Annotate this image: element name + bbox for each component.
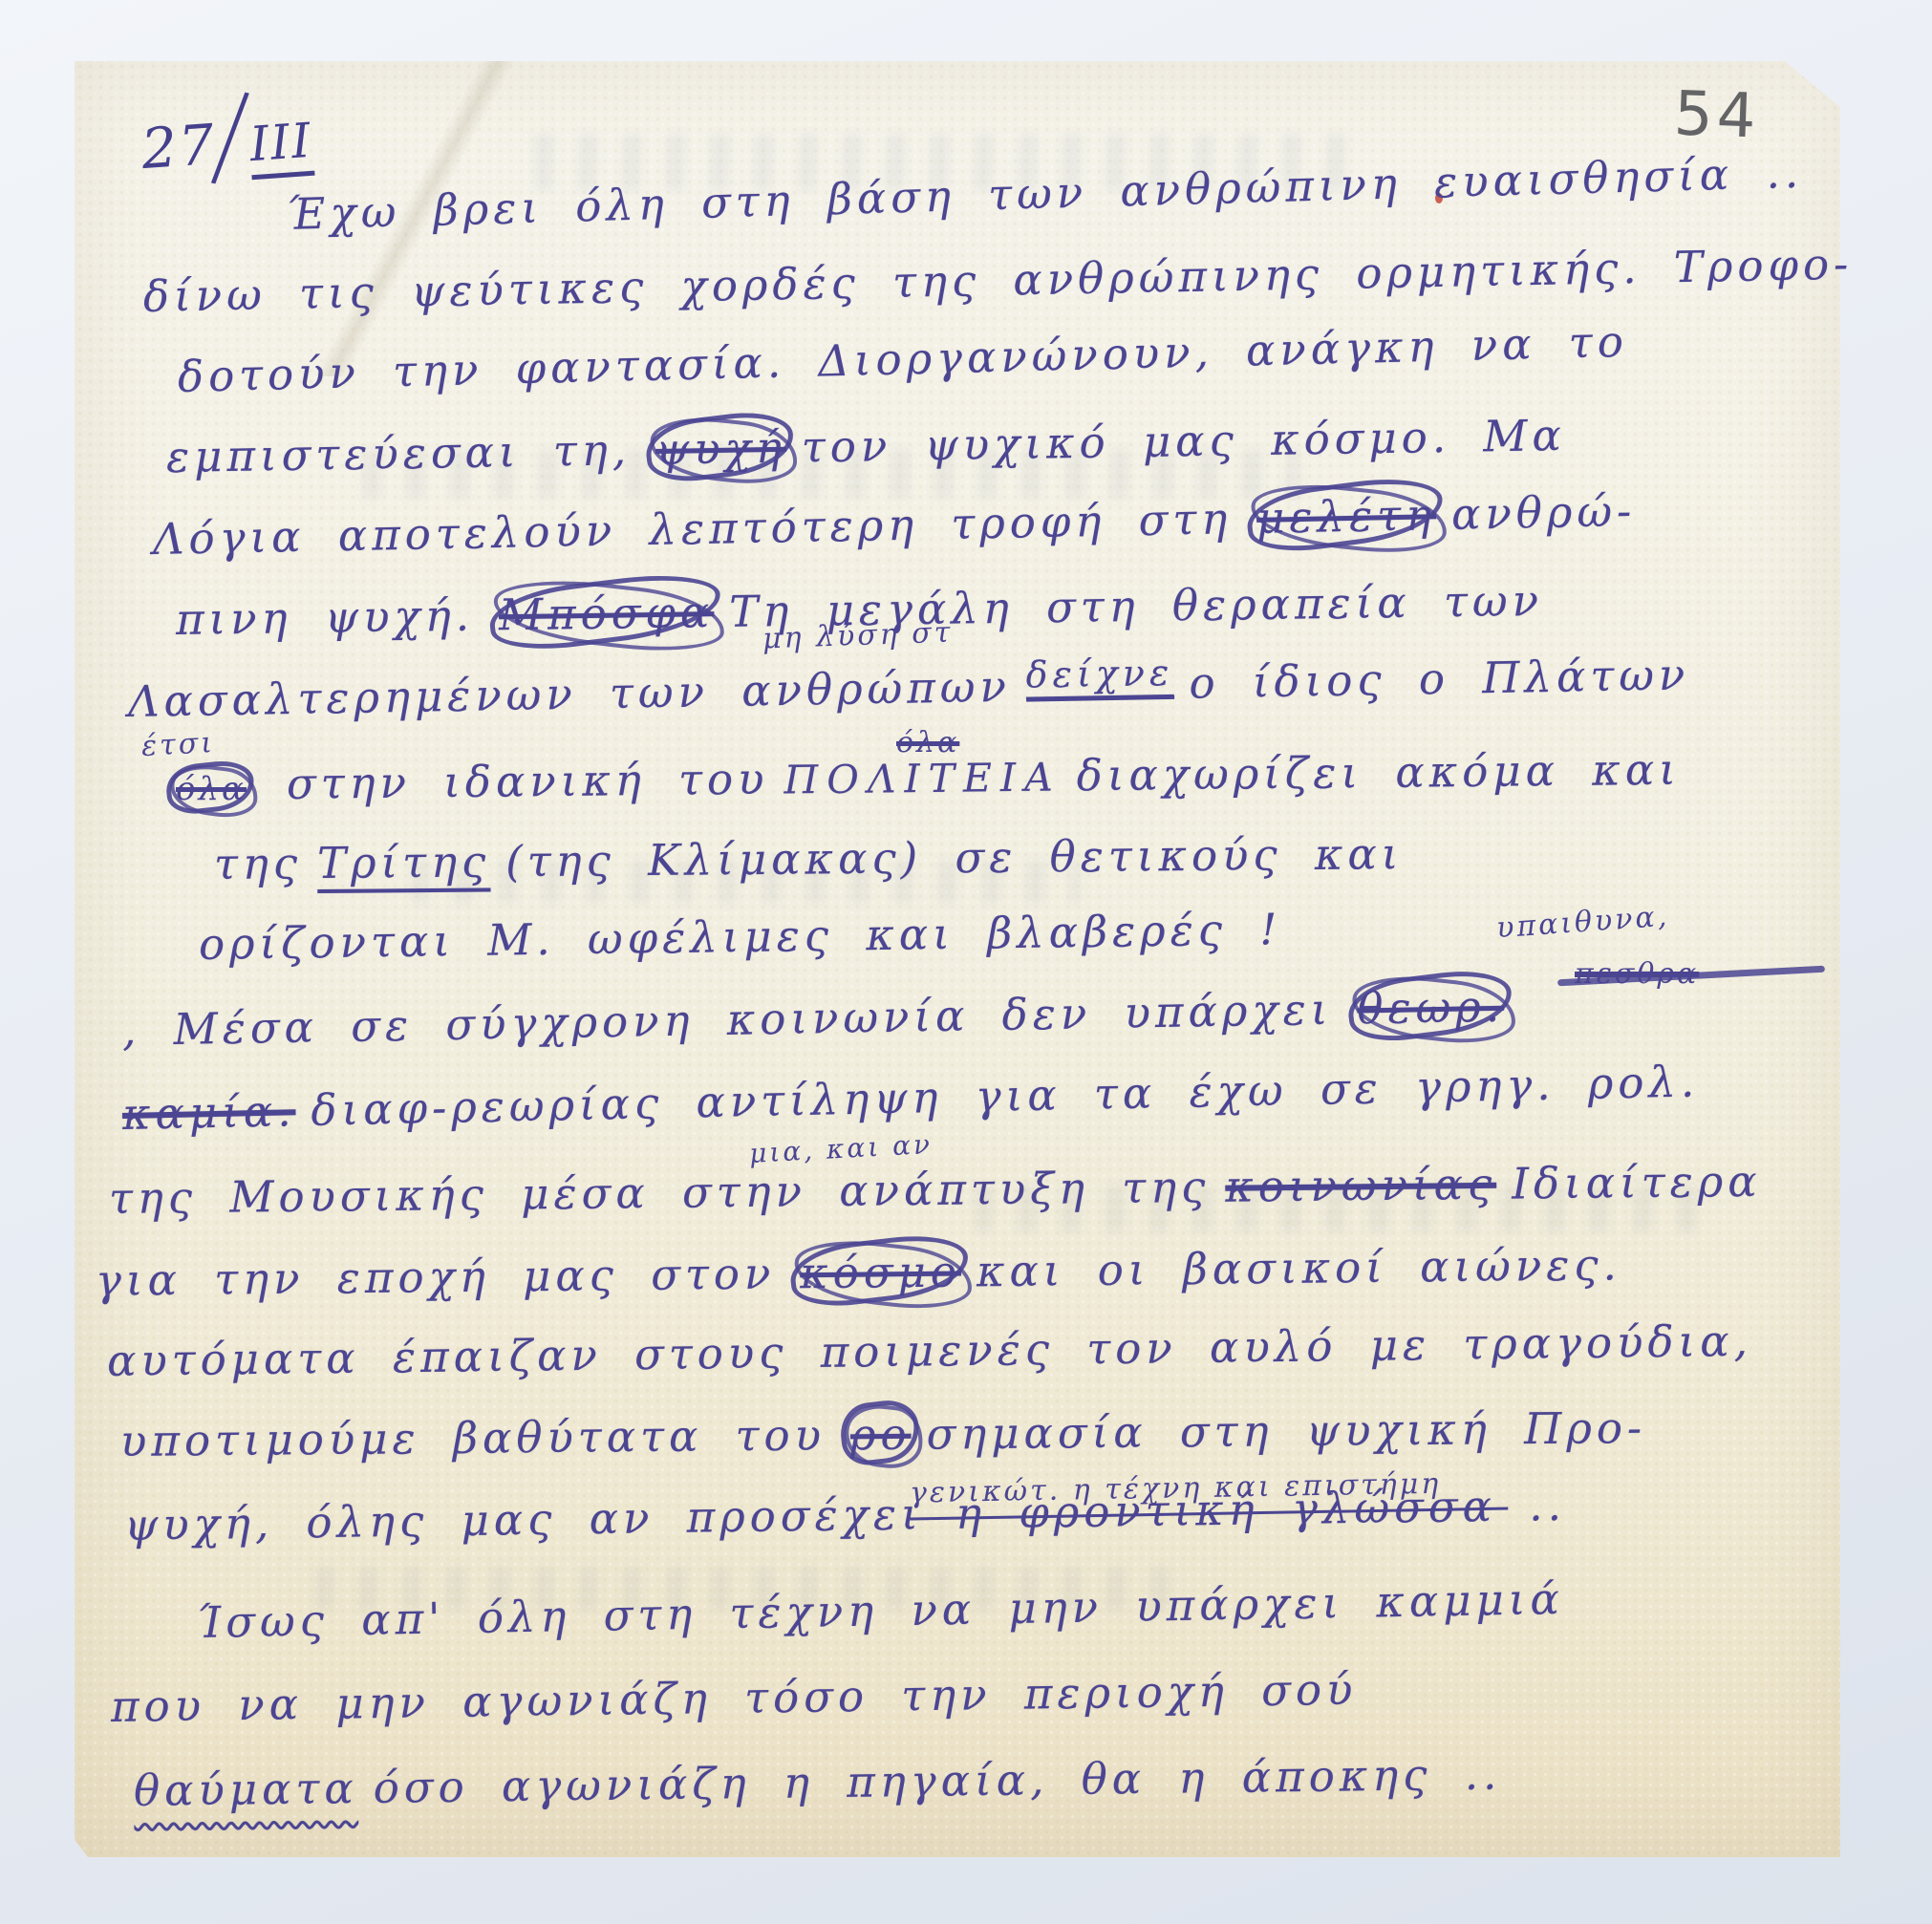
- scribbled-out-word: ψυχή: [655, 422, 787, 475]
- scribbled-out-word: ρο: [850, 1409, 912, 1461]
- date-heading: 27/III: [140, 105, 314, 182]
- scribbled-out-word: μελέτη: [1256, 489, 1437, 544]
- date-month: III: [247, 113, 314, 180]
- wavy-underlined-word: θαύματα: [134, 1763, 358, 1816]
- scribbled-out-word: κόσμο: [800, 1247, 961, 1299]
- inserted-underlined-word: δείχνε: [1025, 652, 1174, 702]
- crossed-out-word: κοινωνίας: [1225, 1159, 1496, 1212]
- crossed-out-word: καμία.: [121, 1085, 296, 1140]
- scanned-manuscript-page: 54 27/III Έχω βρει όλη στη βάση των ανθρ…: [0, 0, 1932, 1924]
- capitalized-word: ΠΟΛΙΤΕΙΑ: [784, 755, 1062, 803]
- scribbled-out-word: Μπόσφα: [499, 587, 715, 640]
- margin-note: έτσι: [140, 726, 216, 763]
- page-number: 54: [1673, 78, 1761, 152]
- date-day: 27: [140, 112, 218, 182]
- margin-scribbled-word: όλα: [176, 770, 247, 808]
- crossed-interlinear-word: όλα: [896, 726, 959, 759]
- scribbled-out-word: θεωρ.: [1357, 981, 1505, 1035]
- right-margin-crossed-word: πεσθρα: [1575, 957, 1699, 991]
- underlined-word: Τρίτης: [317, 836, 491, 888]
- interlinear-note: μη λύση στ: [762, 616, 953, 656]
- manuscript-line: τηςΤρίτης(της Κλίμακας) σε θετικούς και: [214, 828, 1419, 889]
